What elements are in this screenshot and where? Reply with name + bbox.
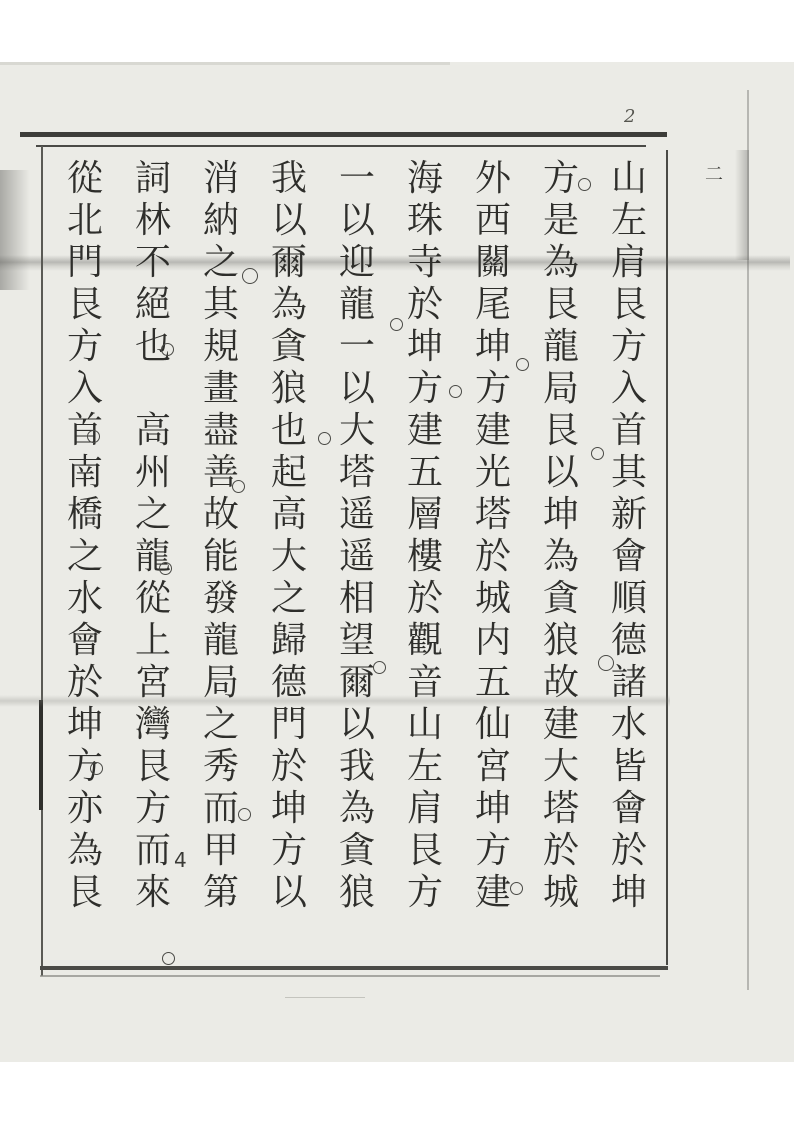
punctuation-circle-mark (510, 882, 523, 895)
vertical-text-block: 山 左 肩 艮 方 入 首 其 新 會 順 德 諸 水 皆 會 於 坤 方 是 … (52, 158, 662, 966)
punctuation-circle-mark (87, 430, 100, 443)
char: 會 (605, 536, 653, 578)
char: 畫 (197, 368, 245, 410)
text-column-3: 外 西 關 尾 坤 方 建 光 塔 於 城 内 五 仙 宮 坤 方 建 (464, 158, 522, 966)
char: 艮 (605, 284, 653, 326)
char: 山 (401, 704, 449, 746)
char: 方 (265, 830, 313, 872)
char: 於 (401, 284, 449, 326)
char: 坤 (537, 494, 585, 536)
punctuation-circle-mark (159, 562, 172, 575)
char: 會 (61, 620, 109, 662)
char: 以 (333, 200, 381, 242)
char: 西 (469, 200, 517, 242)
char: 為 (537, 242, 585, 284)
char: 局 (197, 662, 245, 704)
punctuation-circle-mark (591, 447, 604, 460)
punctuation-circle-mark (516, 358, 529, 371)
binding-shadow (0, 170, 30, 290)
char: 貪 (537, 578, 585, 620)
char: 貪 (265, 326, 313, 368)
char: 城 (537, 872, 585, 914)
char: 大 (265, 536, 313, 578)
char: 也 (265, 410, 313, 452)
char: 首 (61, 410, 109, 452)
char: 以 (333, 368, 381, 410)
char: 州 (129, 452, 177, 494)
char: 其 (605, 452, 653, 494)
char: 諸 (605, 662, 653, 704)
char: 盡 (197, 410, 245, 452)
char: 上 (129, 620, 177, 662)
char: 外 (469, 158, 517, 200)
char: 第 (197, 872, 245, 914)
char: 一 (333, 326, 381, 368)
char: 海 (401, 158, 449, 200)
char: 於 (605, 830, 653, 872)
char: 狼 (333, 872, 381, 914)
char: 山 (605, 158, 653, 200)
text-column-8: 詞 林 不 絕 也 高 州 之 龍 從 上 宮 灣 艮 方 而 來 (124, 158, 182, 966)
char: 能 (197, 536, 245, 578)
char: 以 (265, 872, 313, 914)
right-border-rule (666, 150, 668, 965)
char: 局 (537, 368, 585, 410)
char: 南 (61, 452, 109, 494)
char: 之 (129, 494, 177, 536)
punctuation-circle-mark (449, 385, 462, 398)
char: 之 (61, 536, 109, 578)
char: 大 (537, 746, 585, 788)
char: 宮 (129, 662, 177, 704)
char: 故 (537, 662, 585, 704)
char: 林 (129, 200, 177, 242)
char: 秀 (197, 746, 245, 788)
char: 之 (197, 704, 245, 746)
char: 於 (537, 830, 585, 872)
char: 之 (265, 578, 313, 620)
char: 於 (61, 662, 109, 704)
char: 首 (605, 410, 653, 452)
scan-top-edge (0, 62, 450, 65)
text-column-2: 方 是 為 艮 龍 局 艮 以 坤 為 貪 狼 故 建 大 塔 於 城 (532, 158, 590, 966)
char: 左 (401, 746, 449, 788)
char: 塔 (333, 452, 381, 494)
char: 五 (401, 452, 449, 494)
char: 建 (469, 872, 517, 914)
char: 方 (469, 830, 517, 872)
left-border-ink-mark (39, 700, 43, 810)
text-column-7: 消 納 之 其 規 畫 盡 善 故 能 發 龍 局 之 秀 而 甲 第 (192, 158, 250, 966)
char: 起 (265, 452, 313, 494)
bottom-mark (285, 997, 365, 998)
char: 狼 (537, 620, 585, 662)
char: 於 (265, 746, 313, 788)
punctuation-circle-mark (390, 318, 403, 331)
char: 為 (61, 830, 109, 872)
char: 宮 (469, 746, 517, 788)
char: 門 (61, 242, 109, 284)
char: 内 (469, 620, 517, 662)
char: 灣 (129, 704, 177, 746)
char: 艮 (401, 830, 449, 872)
punctuation-circle-mark (242, 268, 258, 284)
char: 消 (197, 158, 245, 200)
char: 五 (469, 662, 517, 704)
char: 入 (61, 368, 109, 410)
char: 亦 (61, 788, 109, 830)
char: 絕 (129, 284, 177, 326)
char: 來 (129, 872, 177, 914)
punctuation-circle-mark (90, 762, 103, 775)
char: 方 (129, 788, 177, 830)
char: 會 (605, 788, 653, 830)
punctuation-circle-mark (598, 655, 614, 671)
char: 方 (61, 326, 109, 368)
margin-annotation-number: 4 (174, 848, 187, 872)
char: 發 (197, 578, 245, 620)
char: 以 (265, 200, 313, 242)
char: 順 (605, 578, 653, 620)
char: 規 (197, 326, 245, 368)
char: 龍 (537, 326, 585, 368)
char: 我 (333, 746, 381, 788)
char: 高 (129, 410, 177, 452)
char: 門 (265, 704, 313, 746)
char: 歸 (265, 620, 313, 662)
char: 樓 (401, 536, 449, 578)
char: 而 (129, 830, 177, 872)
char: 以 (333, 704, 381, 746)
char: 之 (197, 242, 245, 284)
char: 方 (469, 368, 517, 410)
char: 方 (401, 872, 449, 914)
char: 光 (469, 452, 517, 494)
char: 為 (333, 788, 381, 830)
char: 高 (265, 494, 313, 536)
char: 尾 (469, 284, 517, 326)
punctuation-circle-mark (232, 480, 245, 493)
char: 貪 (333, 830, 381, 872)
char: 坤 (265, 788, 313, 830)
char: 仙 (469, 704, 517, 746)
char: 塔 (537, 788, 585, 830)
char: 甲 (197, 830, 245, 872)
char: 從 (129, 578, 177, 620)
punctuation-circle-mark (578, 178, 591, 191)
char: 迎 (333, 242, 381, 284)
char: 望 (333, 620, 381, 662)
char: 建 (537, 704, 585, 746)
punctuation-circle-mark (318, 432, 331, 445)
char: 坤 (401, 326, 449, 368)
char: 水 (61, 578, 109, 620)
char: 納 (197, 200, 245, 242)
char: 以 (537, 452, 585, 494)
char: 遥 (333, 536, 381, 578)
folio-marker: 二 (705, 160, 723, 186)
char: 皆 (605, 746, 653, 788)
char: 肩 (605, 242, 653, 284)
char: 相 (333, 578, 381, 620)
char: 艮 (537, 410, 585, 452)
char: 於 (469, 536, 517, 578)
punctuation-circle-mark (162, 952, 175, 965)
handwritten-page-number: 2 (624, 106, 635, 127)
char: 橋 (61, 494, 109, 536)
char: 龍 (333, 284, 381, 326)
text-column-5: 一 以 迎 龍 一 以 大 塔 遥 遥 相 望 爾 以 我 為 貪 狼 (328, 158, 386, 966)
char: 艮 (61, 284, 109, 326)
char: 音 (401, 662, 449, 704)
char: 關 (469, 242, 517, 284)
char: 建 (469, 410, 517, 452)
text-column-9: 從 北 門 艮 方 入 首 南 橋 之 水 會 於 坤 方 亦 為 艮 (56, 158, 114, 966)
char: 觀 (401, 620, 449, 662)
char: 我 (265, 158, 313, 200)
char: 層 (401, 494, 449, 536)
char: 方 (401, 368, 449, 410)
char: 坤 (605, 872, 653, 914)
text-column-4: 海 珠 寺 於 坤 方 建 五 層 樓 於 觀 音 山 左 肩 艮 方 (396, 158, 454, 966)
char: 為 (265, 284, 313, 326)
char: 一 (333, 158, 381, 200)
char: 詞 (129, 158, 177, 200)
char: 爾 (265, 242, 313, 284)
char: 方 (537, 158, 585, 200)
char: 北 (61, 200, 109, 242)
top-inner-rule (36, 145, 646, 147)
top-border-rule (20, 132, 667, 137)
char: 寺 (401, 242, 449, 284)
char: 水 (605, 704, 653, 746)
char: 珠 (401, 200, 449, 242)
text-column-1: 山 左 肩 艮 方 入 首 其 新 會 順 德 諸 水 皆 會 於 坤 (600, 158, 658, 966)
char: 為 (537, 536, 585, 578)
punctuation-circle-mark (373, 661, 386, 674)
char: 而 (197, 788, 245, 830)
punctuation-circle-mark (238, 808, 251, 821)
bottom-inner-rule (40, 975, 660, 977)
char: 入 (605, 368, 653, 410)
char: 坤 (469, 788, 517, 830)
char: 德 (265, 662, 313, 704)
char: 於 (401, 578, 449, 620)
char: 從 (61, 158, 109, 200)
char: 是 (537, 200, 585, 242)
char: 故 (197, 494, 245, 536)
punctuation-circle-mark (161, 343, 174, 356)
char: 左 (605, 200, 653, 242)
char: 不 (129, 242, 177, 284)
char: 大 (333, 410, 381, 452)
text-column-6: 我 以 爾 為 貪 狼 也 起 高 大 之 歸 德 門 於 坤 方 以 (260, 158, 318, 966)
char: 城 (469, 578, 517, 620)
char: 塔 (469, 494, 517, 536)
char: 方 (605, 326, 653, 368)
char: 艮 (61, 872, 109, 914)
char: 艮 (537, 284, 585, 326)
char: 艮 (129, 746, 177, 788)
bottom-border-rule (40, 966, 668, 970)
char: 狼 (265, 368, 313, 410)
char: 坤 (469, 326, 517, 368)
char: 坤 (61, 704, 109, 746)
char: 新 (605, 494, 653, 536)
char: 德 (605, 620, 653, 662)
page-edge-line (747, 90, 749, 990)
char: 遥 (333, 494, 381, 536)
char: 龍 (197, 620, 245, 662)
char: 肩 (401, 788, 449, 830)
char: 建 (401, 410, 449, 452)
char: 其 (197, 284, 245, 326)
